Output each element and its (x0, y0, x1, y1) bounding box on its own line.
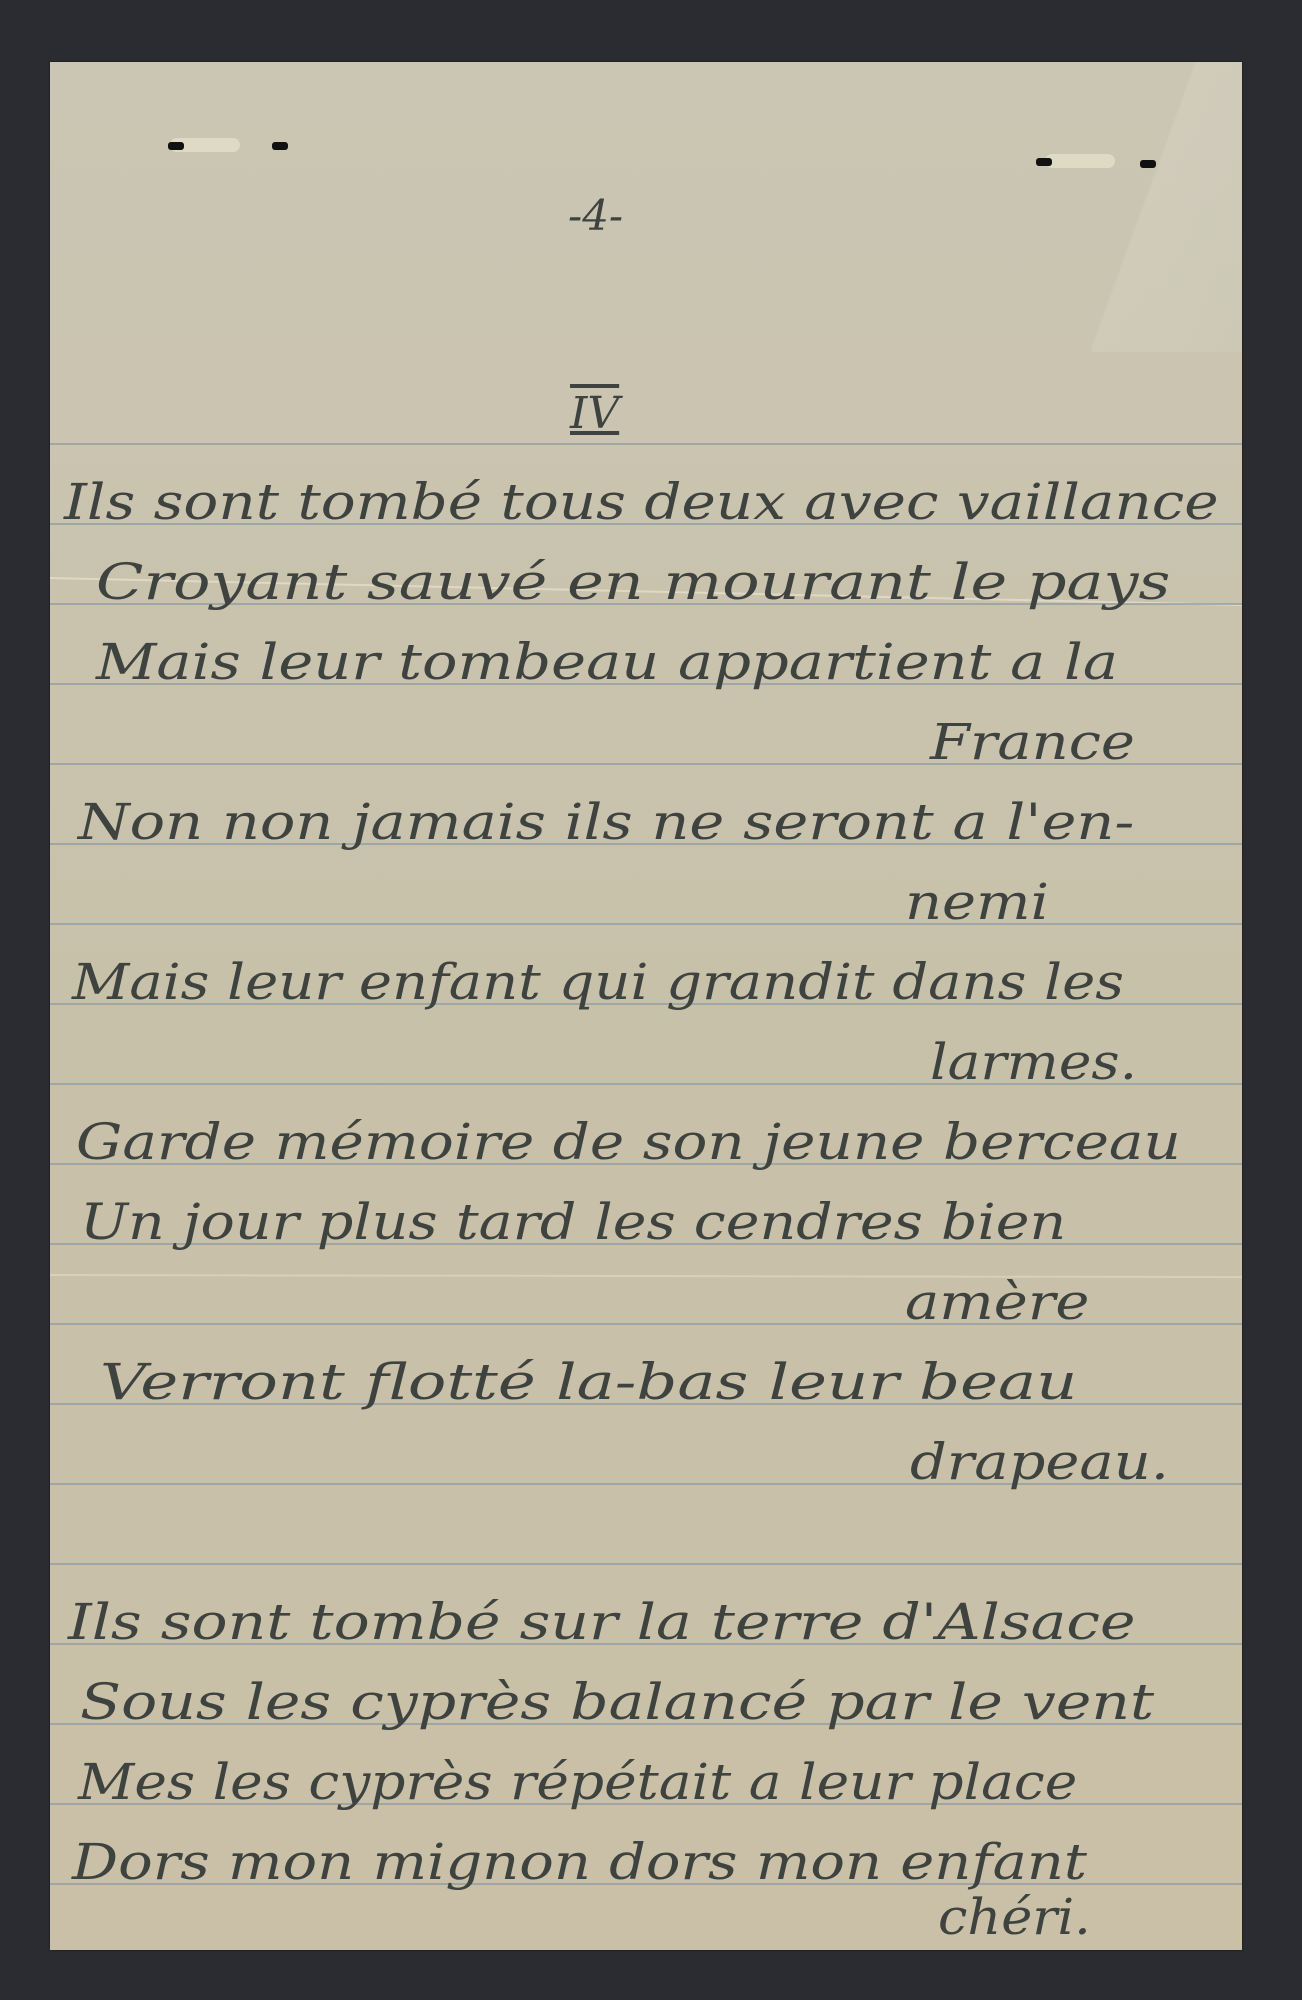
ruled-line (50, 443, 1242, 445)
ruled-line (50, 923, 1242, 925)
staple-hole-glare (1045, 154, 1115, 168)
folded-corner (1092, 62, 1242, 352)
verse-line: Croyant sauvé en mourant le pays (96, 557, 1170, 607)
section-numeral: IV (570, 392, 619, 436)
ruled-line (50, 1563, 1242, 1565)
verse-line-continuation: France (930, 717, 1135, 767)
verse-line-continuation: amère (905, 1277, 1089, 1327)
verse-line: Sous les cyprès balancé par le vent (80, 1677, 1154, 1727)
verse-line: Dors mon mignon dors mon enfant (72, 1837, 1087, 1887)
verse-line: Un jour plus tard les cendres bien (80, 1197, 1066, 1247)
verse-line: Ils sont tombé tous deux avec vaillance (64, 477, 1219, 527)
staple-hole (272, 142, 288, 150)
verse-line: Garde mémoire de son jeune berceau (76, 1117, 1181, 1167)
verse-line: Ils sont tombé sur la terre d'Alsace (68, 1597, 1135, 1647)
staple-hole (168, 142, 184, 150)
verse-line-continuation: drapeau. (910, 1437, 1169, 1487)
verse-line: Non non jamais ils ne seront a l'en- (78, 797, 1134, 847)
verse-line: Verront flotté la-bas leur beau (100, 1357, 1077, 1407)
verse-line-continuation: chéri. (938, 1892, 1091, 1942)
verse-line: Mes les cyprès répétait a leur place (78, 1757, 1077, 1807)
page-number: -4- (568, 195, 623, 237)
verse-line-continuation: larmes. (930, 1037, 1137, 1087)
verse-line: Mais leur tombeau appartient a la (96, 637, 1118, 687)
staple-hole (1140, 160, 1156, 168)
staple-hole (1036, 158, 1052, 166)
manuscript-page: -4- IV Ils sont tombé tous deux avec vai… (50, 62, 1242, 1950)
verse-line-continuation: nemi (905, 877, 1049, 927)
verse-line: Mais leur enfant qui grandit dans les (72, 957, 1124, 1007)
